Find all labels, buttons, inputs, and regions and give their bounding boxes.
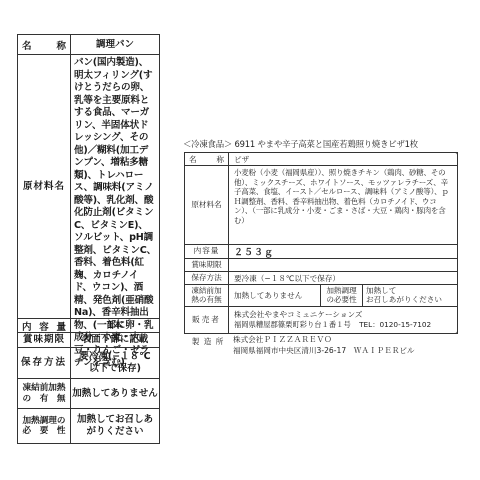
- left-cooking-label: 加熱調理の 必 要 性: [17, 408, 71, 444]
- left-bestbefore-value: 表面下部に記載: [70, 332, 160, 348]
- right-bestbefore-label: 賞味期限: [184, 258, 229, 272]
- left-storage-value: 要冷凍(−１８℃以下で保存): [70, 347, 160, 379]
- left-preheat-label: 凍結前加熱 の 有 無: [17, 378, 71, 409]
- right-seller-label: 販売者: [184, 306, 229, 334]
- right-cooking-label: 加熱調理 の必要性: [320, 284, 363, 307]
- left-storage-label: 保存方法: [17, 347, 71, 379]
- manufacturer-value: 株式会社ＰＩＺＺＡＲＥＶＯ 福岡県福岡市中央区清川3-26-17 ＷＡＩＰＥＲビ…: [233, 334, 473, 360]
- manufacturer-label: 製 造 所: [188, 336, 228, 348]
- right-ingredients-value: 小麦粉（小麦（福岡県産））、照り焼きチキン（鶏肉、砂糖、その他）、ミックスチーズ…: [228, 165, 458, 245]
- right-storage-label: 保存方法: [184, 271, 229, 285]
- left-ingredients-label: 原材料名: [17, 54, 71, 319]
- left-cooking-value: 加熱してお召しあがりください: [70, 408, 160, 444]
- seller-company: 株式会社やまやコミュニケーションズ: [234, 309, 362, 320]
- right-name-label: 名 称: [184, 152, 229, 166]
- right-content-value: ２５３ｇ: [228, 244, 458, 259]
- right-ingredients-label: 原材料名: [184, 165, 229, 245]
- left-name-value: 調理パン: [70, 34, 160, 55]
- left-content-label: 内 容 量: [17, 318, 71, 333]
- right-preheat-value: 加熱してありません: [228, 284, 321, 307]
- left-name-label: 名 称: [17, 34, 71, 55]
- right-name-value: ピザ: [228, 152, 458, 166]
- left-bestbefore-label: 賞味期限: [17, 332, 71, 348]
- seller-address-line: 福岡県糟屋郡篠栗町彩り台１番１号 TEL：0120-15-7102: [234, 320, 431, 331]
- right-seller-value: 株式会社やまやコミュニケーションズ 福岡県糟屋郡篠栗町彩り台１番１号 TEL：0…: [228, 306, 458, 334]
- seller-tel: TEL：0120-15-7102: [359, 320, 431, 329]
- right-storage-value: 要冷凍（−１８℃以下で保存）: [228, 271, 458, 285]
- right-bestbefore-value: [228, 258, 458, 272]
- right-content-label: 内容量: [184, 244, 229, 259]
- right-cooking-value: 加熱して お召しあがりください: [362, 284, 458, 307]
- left-content-value: 1本: [70, 318, 160, 333]
- left-ingredients-value: パン(国内製造)、明太フィリング(すけとうだらの卵、乳等を主要原料とする食品、マ…: [70, 54, 160, 319]
- right-label-header: ＜冷凍食品＞ 6911 やまや辛子高菜と国産若鶏照り焼きピザ1枚: [183, 138, 480, 152]
- left-preheat-value: 加熱してありません: [70, 378, 160, 409]
- right-preheat-label: 凍結前加 熱の有無: [184, 284, 229, 307]
